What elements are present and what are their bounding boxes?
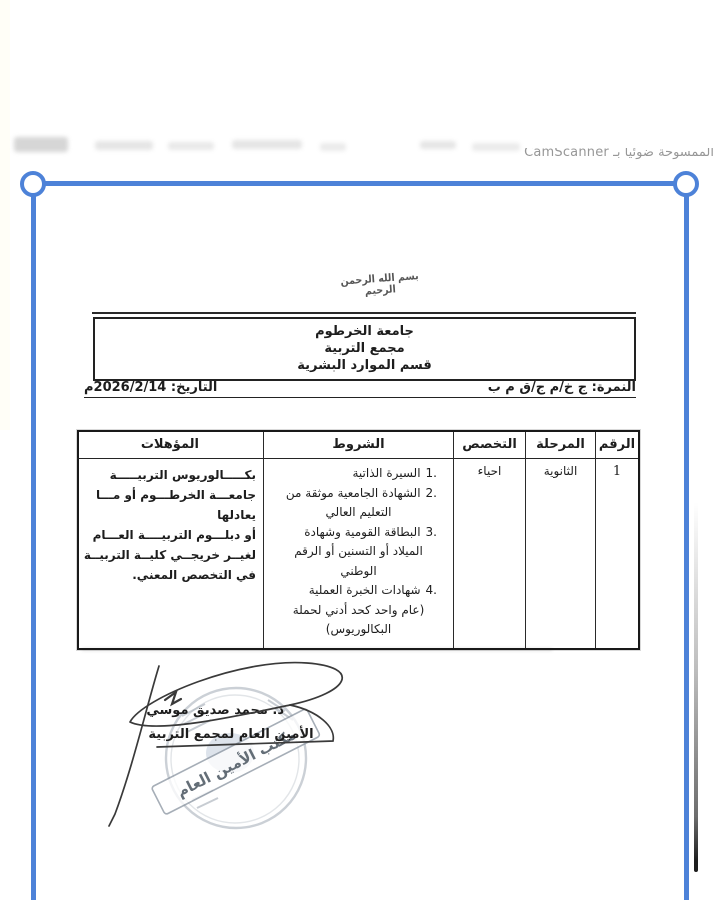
condition-line: 1.السيرة الذاتية: [268, 464, 449, 484]
cell-qualifications: بكـــــالوريوس التربيـــــة جامعـــة الخ…: [77, 459, 263, 648]
header-conditions: الشروط: [263, 432, 453, 459]
paper-edge-tint: [0, 0, 10, 430]
qualification-line: لغيــر خريجــي كليــة التربيــة: [84, 545, 256, 565]
reference-date-line: النمرة: ج خ/م ج/ق م ب التاريخ: 2026/2/14…: [84, 380, 636, 398]
scan-smudge: [232, 140, 302, 149]
reference-number: النمرة: ج خ/م ج/ق م ب: [488, 380, 636, 395]
crop-handle-top-right[interactable]: [673, 171, 699, 197]
scan-smudge: [420, 141, 456, 149]
scan-smudge: [320, 143, 346, 151]
crop-frame-top-edge[interactable]: [33, 181, 686, 186]
letterhead-university: جامعة الخرطوم: [95, 323, 634, 340]
scan-smudge: [14, 137, 68, 152]
signatory-title: الأمين العام لمجمع التربية: [147, 727, 315, 742]
condition-line: الوطني: [268, 562, 449, 582]
scanned-document-page: { "scanner": { "credit": "الممسوحة ضوئيا…: [0, 0, 720, 900]
qualification-line: في التخصص المعني.: [84, 565, 256, 585]
header-no: الرقم: [595, 432, 638, 459]
condition-line: الميلاد أو التسنين أو الرقم: [268, 542, 449, 562]
crop-handle-top-left[interactable]: [20, 171, 46, 197]
bismillah-handwriting: بسم الله الرحمن الرحيم: [324, 270, 436, 301]
condition-line: 3.البطاقة القومية وشهادة: [268, 523, 449, 543]
official-stamp: مكتب الأمين العام: [85, 650, 415, 875]
scan-smudge: [472, 143, 520, 151]
condition-line: 2.الشهادة الجامعية موثقة من: [268, 484, 449, 504]
document-date: التاريخ: 2026/2/14م: [84, 380, 217, 395]
cell-no: 1: [595, 459, 638, 648]
scan-smudge: [168, 142, 214, 150]
condition-line: 4.شهادات الخبرة العملية: [268, 581, 449, 601]
crop-frame-right-edge[interactable]: [684, 193, 689, 900]
condition-line: البكالوريوس): [268, 620, 449, 640]
crop-frame-left-edge[interactable]: [31, 193, 36, 900]
qualification-line: بكـــــالوريوس التربيـــــة: [84, 465, 256, 485]
vacancy-table: الرقم المرحلة التخصص الشروط المؤهلات 1 ا…: [77, 430, 640, 650]
condition-line: التعليم العالي: [268, 503, 449, 523]
handwritten-signature: [85, 650, 415, 875]
letterhead-outer-rule: [92, 312, 636, 314]
row-number: 1: [613, 464, 621, 479]
header-specialization: التخصص: [453, 432, 525, 459]
header-qualifications: المؤهلات: [77, 432, 263, 459]
cell-specialization: احياء: [453, 459, 525, 648]
letterhead-box: جامعة الخرطوم مجمع التربية قسم الموارد ا…: [93, 317, 636, 381]
condition-line: (عام واحد كحد أدني لحملة: [268, 601, 449, 621]
header-stage: المرحلة: [525, 432, 595, 459]
scan-smudge: [95, 141, 153, 150]
cell-stage: الثانوية: [525, 459, 595, 648]
letterhead-department: قسم الموارد البشرية: [95, 357, 634, 374]
cell-conditions: 1.السيرة الذاتية 2.الشهادة الجامعية موثق…: [263, 459, 453, 648]
signatory-name: د. محمد صديق موسي: [162, 703, 284, 718]
qualification-line: جامعـــة الخرطـــوم أو مـــا: [84, 485, 256, 505]
qualification-line: يعادلها: [84, 505, 256, 525]
letterhead-complex: مجمع التربية: [95, 340, 634, 357]
camscanner-watermark: الممسوحة ضوئيا بـ CamScanner: [524, 148, 714, 162]
stamp-banner: مكتب الأمين العام: [151, 708, 320, 815]
signature-tail: [109, 666, 159, 826]
camscanner-watermark-text: الممسوحة ضوئيا بـ CamScanner: [524, 148, 714, 160]
qualification-line: أو دبلـــوم التربيــــة العـــام: [84, 525, 256, 545]
paper-edge-shadow: [694, 502, 698, 872]
